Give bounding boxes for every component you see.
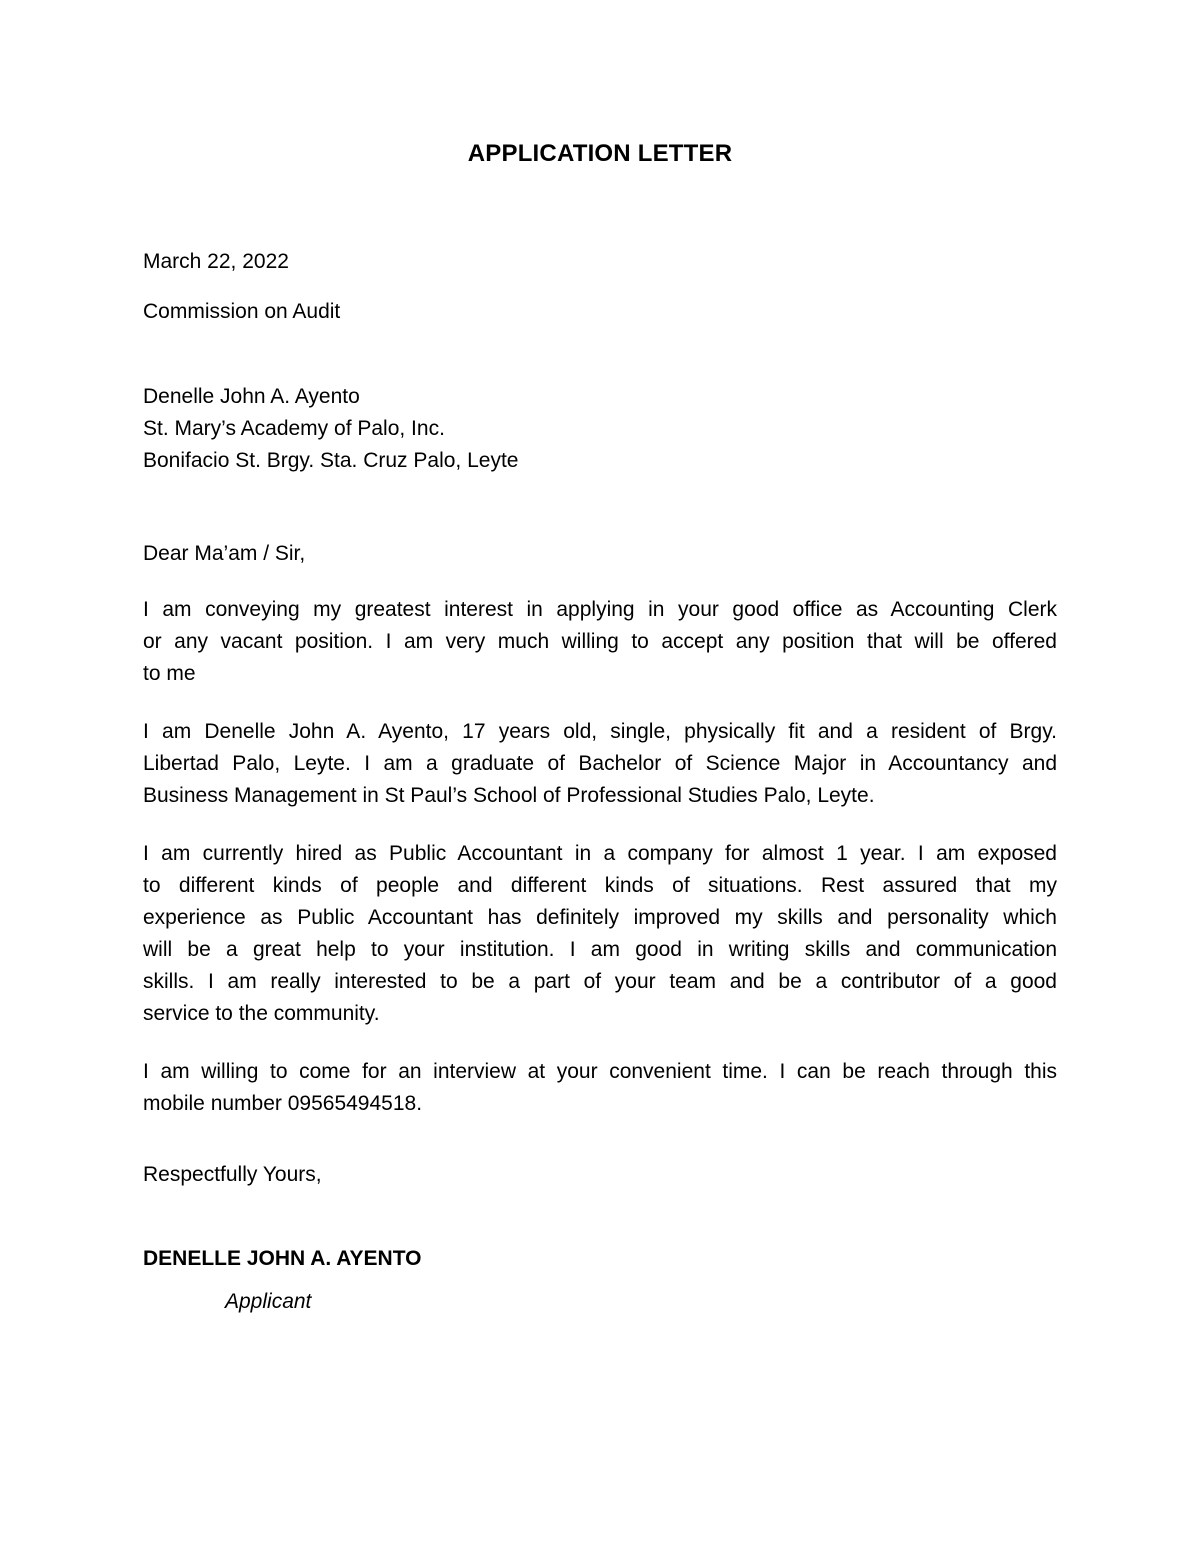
- paragraph-line: Libertad Palo, Leyte. I am a graduate of…: [143, 748, 1057, 780]
- paragraph-line: skills. I am really interested to be a p…: [143, 966, 1057, 998]
- recipient-school: St. Mary’s Academy of Palo, Inc.: [143, 413, 1057, 445]
- paragraph-line: I am willing to come for an interview at…: [143, 1056, 1057, 1088]
- recipient-block: Denelle John A. Ayento St. Mary’s Academ…: [143, 381, 1057, 477]
- paragraph-line: to me: [143, 658, 1057, 690]
- salutation: Dear Ma’am / Sir,: [143, 538, 1057, 570]
- letter-date: March 22, 2022: [143, 246, 1057, 278]
- letter-content: APPLICATION LETTER March 22, 2022 Commis…: [0, 0, 1200, 1318]
- paragraph: I am currently hired as Public Accountan…: [143, 838, 1057, 1030]
- paragraph-line: I am conveying my greatest interest in a…: [143, 594, 1057, 626]
- paragraph-line: service to the community.: [143, 998, 1057, 1030]
- paragraph-line: I am Denelle John A. Ayento, 17 years ol…: [143, 716, 1057, 748]
- body-paragraphs: I am conveying my greatest interest in a…: [143, 594, 1057, 1120]
- paragraph: I am Denelle John A. Ayento, 17 years ol…: [143, 716, 1057, 812]
- recipient-address: Bonifacio St. Brgy. Sta. Cruz Palo, Leyt…: [143, 445, 1057, 477]
- paragraph-line: or any vacant position. I am very much w…: [143, 626, 1057, 658]
- paragraph-line: to different kinds of people and differe…: [143, 870, 1057, 902]
- document-title: APPLICATION LETTER: [143, 140, 1057, 168]
- closing: Respectfully Yours,: [143, 1159, 1057, 1191]
- paragraph-line: experience as Public Accountant has defi…: [143, 902, 1057, 934]
- signature-name: DENELLE JOHN A. AYENTO: [143, 1243, 1057, 1275]
- organization-name: Commission on Audit: [143, 296, 1057, 328]
- application-letter-page: APPLICATION LETTER March 22, 2022 Commis…: [0, 0, 1200, 1553]
- signature-title: Applicant: [143, 1286, 1057, 1318]
- recipient-name: Denelle John A. Ayento: [143, 381, 1057, 413]
- paragraph: I am conveying my greatest interest in a…: [143, 594, 1057, 690]
- paragraph-line: I am currently hired as Public Accountan…: [143, 838, 1057, 870]
- paragraph-line: mobile number 09565494518.: [143, 1088, 1057, 1120]
- paragraph-line: Business Management in St Paul’s School …: [143, 780, 1057, 812]
- paragraph: I am willing to come for an interview at…: [143, 1056, 1057, 1120]
- paragraph-line: will be a great help to your institution…: [143, 934, 1057, 966]
